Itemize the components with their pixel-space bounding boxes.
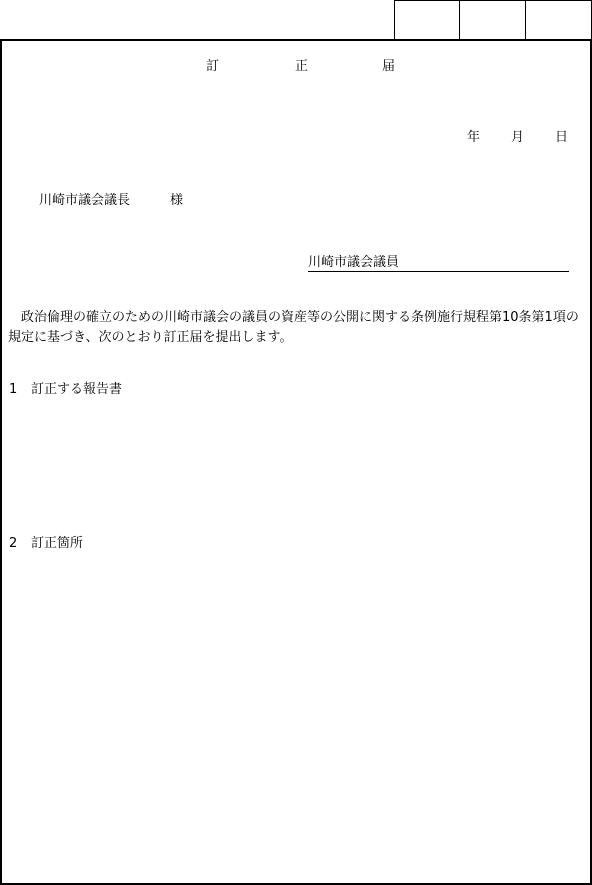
- title-char-2: 正: [295, 59, 308, 75]
- addressee-honorific: 様: [170, 193, 183, 209]
- title-char-3: 届: [382, 59, 395, 75]
- addressee-name: 川崎市議会議長: [39, 193, 130, 209]
- section-2-number: 2: [9, 536, 17, 552]
- date-year-label: 年: [467, 130, 480, 146]
- title-char-1: 訂: [206, 59, 219, 75]
- body-paragraph: 政治倫理の確立のための川崎市議会の議員の資産等の公開に関する条例施行規程第10条…: [8, 308, 588, 348]
- approval-stamp-boxes: [394, 0, 592, 40]
- section-1-number: 1: [9, 382, 17, 398]
- section-2-label: 訂正箇所: [31, 536, 83, 552]
- section-1-label: 訂正する報告書: [31, 382, 122, 398]
- document-frame: [0, 39, 592, 885]
- stamp-box-1: [394, 0, 459, 40]
- document-title: 訂: [206, 59, 219, 75]
- date-month-label: 月: [511, 130, 524, 146]
- sender-label: 川崎市議会議員: [308, 255, 399, 270]
- stamp-box-3: [525, 0, 592, 40]
- date-day-label: 日: [555, 130, 568, 146]
- sender-signature-line: 川崎市議会議員: [308, 255, 569, 272]
- stamp-box-2: [459, 0, 525, 40]
